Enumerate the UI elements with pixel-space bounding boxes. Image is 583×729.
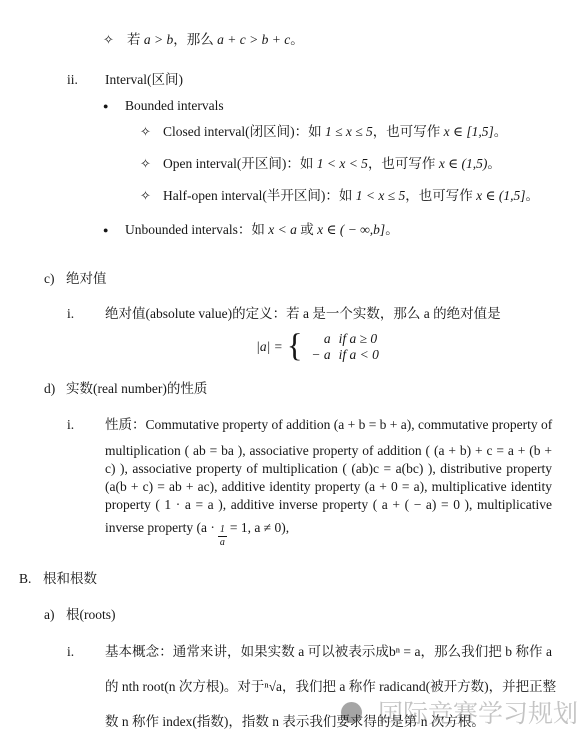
unbounded-intervals-item: ● Unbounded intervals：如 x < a 或 x ∈ ( − … xyxy=(0,221,583,240)
list-marker: B. xyxy=(19,570,43,588)
absolute-value-formula: |a| = { a if a ≥ 0 − a if a < 0 xyxy=(105,328,530,366)
roots-basic-concept: i. 基本概念：通常来讲，如果实数 a 可以被表示成bⁿ = a，那么我们把 b… xyxy=(0,643,583,729)
open-interval-text: Open interval(开区间)：如 1 < x < 5，也可写作 x ∈ … xyxy=(163,155,501,173)
paragraph-line-with-fraction: inverse property (a · 1 a = 1, a ≠ 0), xyxy=(105,516,552,548)
list-marker: i. xyxy=(67,643,105,661)
real-number-heading: d) 实数(real number)的性质 xyxy=(0,380,583,398)
interval-heading-text: Interval(区间) xyxy=(105,71,183,89)
list-marker: i. xyxy=(67,305,105,323)
half-open-interval-item: ✧ Half-open interval(半开区间)：如 1 < x ≤ 5，也… xyxy=(0,187,583,205)
paragraph-line: multiplication ( ab = ba ), associative … xyxy=(105,442,552,460)
absolute-value-heading-text: 绝对值 xyxy=(66,270,107,288)
document-content: ✧ 若 a > b，那么 a + c > b + c。 ii. Interval… xyxy=(0,0,583,729)
interval-heading: ii. Interval(区间) xyxy=(0,71,583,89)
formula-cases: a if a ≥ 0 − a if a < 0 xyxy=(305,331,379,363)
diamond-bullet-icon: ✧ xyxy=(140,187,163,205)
paragraph-line: 性质：Commutative property of addition (a +… xyxy=(105,416,552,434)
paragraph-line: (a(b + c) = ab + ac), additive identity … xyxy=(105,478,552,496)
absolute-value-definition: i. 绝对值(absolute value)的定义：若 a 是一个实数，那么 a… xyxy=(0,305,583,323)
real-number-heading-text: 实数(real number)的性质 xyxy=(66,380,207,398)
roots-section-heading-text: 根和根数 xyxy=(43,570,97,588)
bounded-intervals-text: Bounded intervals xyxy=(125,97,224,115)
paragraph-line: c) ), associative property of multiplica… xyxy=(105,460,552,478)
list-marker: c) xyxy=(44,270,66,288)
formula-case-row: a if a ≥ 0 xyxy=(305,331,379,347)
bounded-intervals-item: ● Bounded intervals xyxy=(0,97,583,116)
absolute-value-definition-text: 绝对值(absolute value)的定义：若 a 是一个实数，那么 a 的绝… xyxy=(105,305,501,323)
list-marker: a) xyxy=(44,606,66,624)
absolute-value-heading: c) 绝对值 xyxy=(0,270,583,288)
real-number-properties-paragraph: 性质：Commutative property of addition (a +… xyxy=(105,416,552,548)
diamond-bullet-icon: ✧ xyxy=(103,31,127,49)
diamond-bullet-icon: ✧ xyxy=(140,155,163,173)
fraction: 1 a xyxy=(218,524,227,548)
list-marker: ii. xyxy=(67,71,105,89)
circle-bullet-icon: ● xyxy=(103,221,125,239)
closed-interval-text: Closed interval(闭区间)：如 1 ≤ x ≤ 5，也可写作 x … xyxy=(163,123,507,141)
half-open-interval-text: Half-open interval(半开区间)：如 1 < x ≤ 5，也可写… xyxy=(163,187,539,205)
paragraph-line: 的 nth root(n 次方根)。对于ⁿ√a，我们把 a 称作 radican… xyxy=(105,678,552,696)
ordering-property-item: ✧ 若 a > b，那么 a + c > b + c。 xyxy=(0,31,583,49)
roots-heading: a) 根(roots) xyxy=(0,606,583,624)
ordering-property-text: 若 a > b，那么 a + c > b + c。 xyxy=(127,31,304,49)
document-page: 国际竞赛学习规划 ✧ 若 a > b，那么 a + c > b + c。 ii.… xyxy=(0,0,583,729)
roots-heading-text: 根(roots) xyxy=(66,606,116,624)
list-marker: i. xyxy=(67,416,105,434)
paragraph-line: 基本概念：通常来讲，如果实数 a 可以被表示成bⁿ = a，那么我们把 b 称作… xyxy=(105,643,552,661)
unbounded-intervals-text: Unbounded intervals：如 x < a 或 x ∈ ( − ∞,… xyxy=(125,221,399,239)
open-interval-item: ✧ Open interval(开区间)：如 1 < x < 5，也可写作 x … xyxy=(0,155,583,173)
closed-interval-item: ✧ Closed interval(闭区间)：如 1 ≤ x ≤ 5，也可写作 … xyxy=(0,123,583,141)
formula-case-row: − a if a < 0 xyxy=(305,347,379,363)
paragraph-line: 数 n 称作 index(指数)，指数 n 表示我们要求得的是第 n 次方根。 xyxy=(105,713,552,729)
paragraph-line: property ( 1 · a = a ), additive inverse… xyxy=(105,496,552,514)
curly-brace-glyph: { xyxy=(287,328,303,364)
real-number-properties: i. 性质：Commutative property of addition (… xyxy=(0,416,583,548)
roots-section-heading: B. 根和根数 xyxy=(0,570,583,588)
formula-lhs: |a| = xyxy=(256,339,283,355)
list-marker: d) xyxy=(44,380,66,398)
diamond-bullet-icon: ✧ xyxy=(140,123,163,141)
circle-bullet-icon: ● xyxy=(103,97,125,115)
roots-basic-concept-paragraph: 基本概念：通常来讲，如果实数 a 可以被表示成bⁿ = a，那么我们把 b 称作… xyxy=(105,643,552,729)
